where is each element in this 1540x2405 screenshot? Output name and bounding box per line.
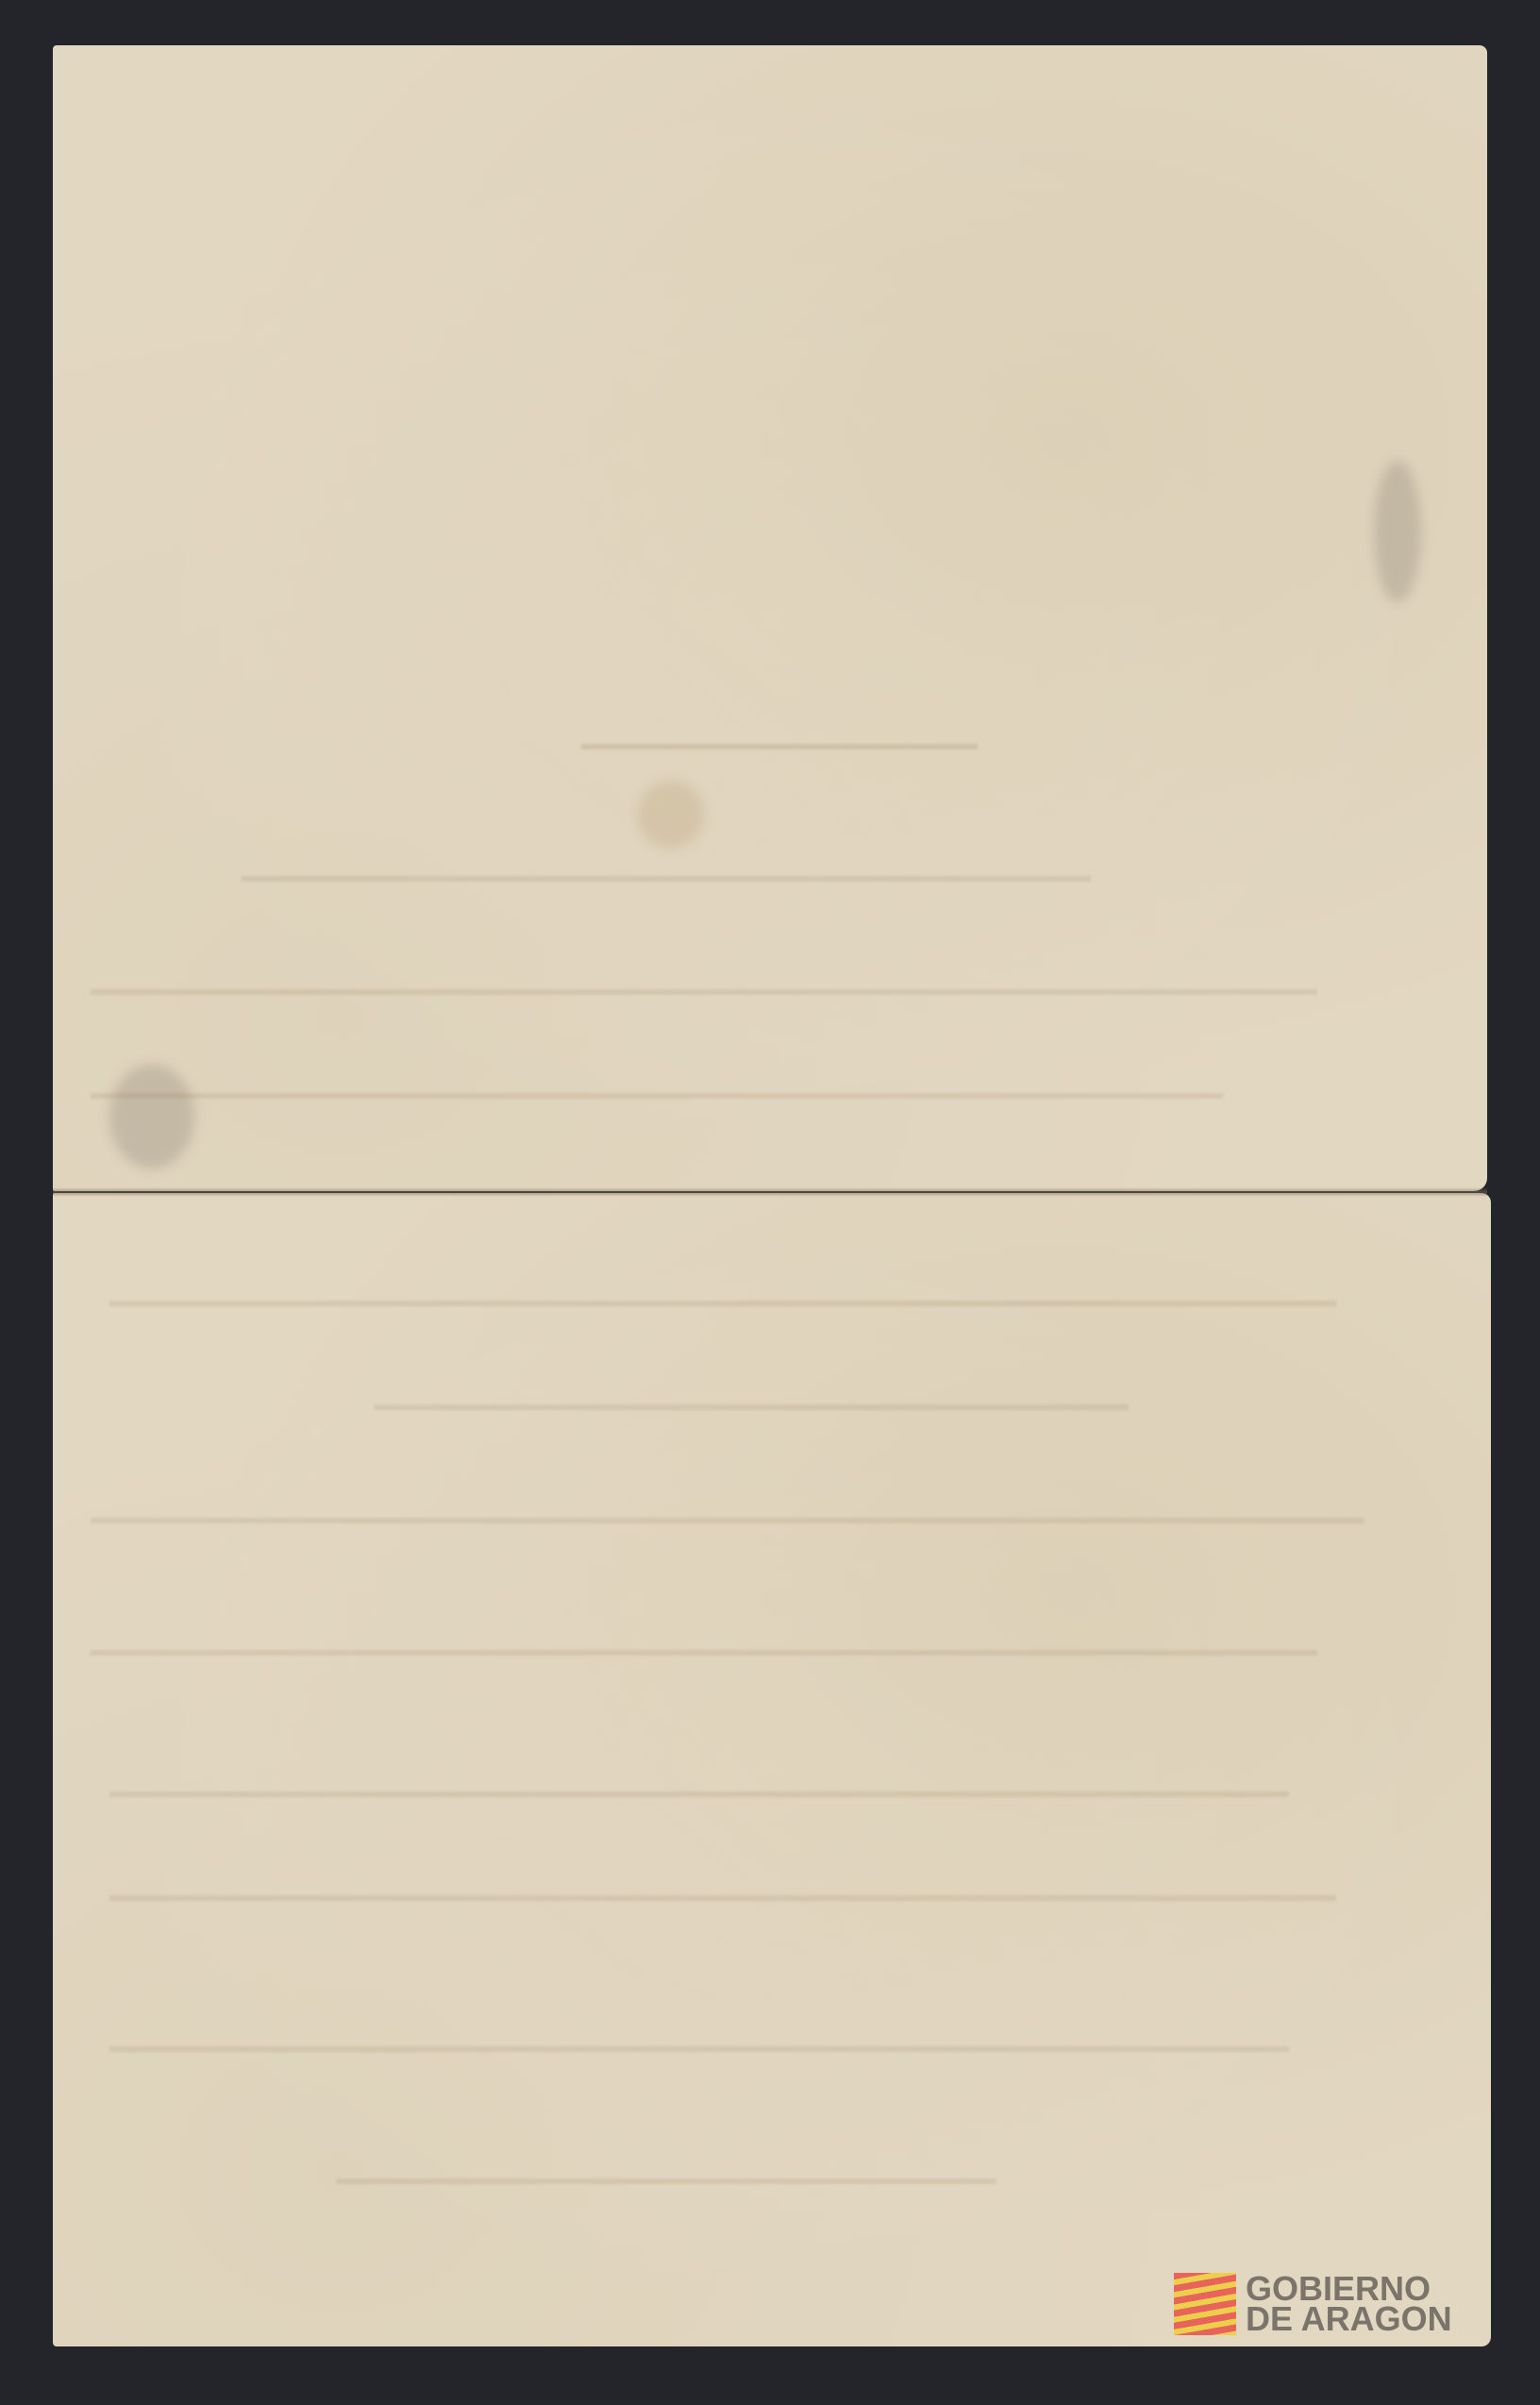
bleed-through-stroke [242, 876, 1091, 882]
bleed-through-stroke [109, 1301, 1336, 1306]
bleed-through-stroke [374, 1404, 1129, 1410]
smudge [1374, 461, 1421, 602]
bleed-through-stroke [91, 1518, 1364, 1523]
bleed-through-stroke [109, 1895, 1336, 1901]
bleed-through-stroke [109, 1791, 1289, 1797]
gobierno-de-aragon-watermark: GOBIERNO DE ARAGON [1174, 2273, 1452, 2335]
sheet-upper-half [53, 45, 1487, 1191]
bleed-through-stroke [109, 2046, 1289, 2052]
bleed-through-stroke [581, 744, 978, 749]
watermark-line-2: DE ARAGON [1246, 2304, 1452, 2334]
fold-crease [53, 1187, 1487, 1197]
bleed-through-stroke [91, 1650, 1317, 1656]
bleed-through-stroke [91, 1093, 1223, 1099]
bleed-through-stroke [336, 2178, 996, 2184]
manuscript-sheet [53, 45, 1487, 2348]
stain [638, 782, 704, 848]
aragon-flag-icon [1174, 2273, 1236, 2335]
sheet-lower-half [53, 1193, 1491, 2346]
smudge [109, 1065, 194, 1169]
bleed-through-stroke [91, 989, 1317, 995]
